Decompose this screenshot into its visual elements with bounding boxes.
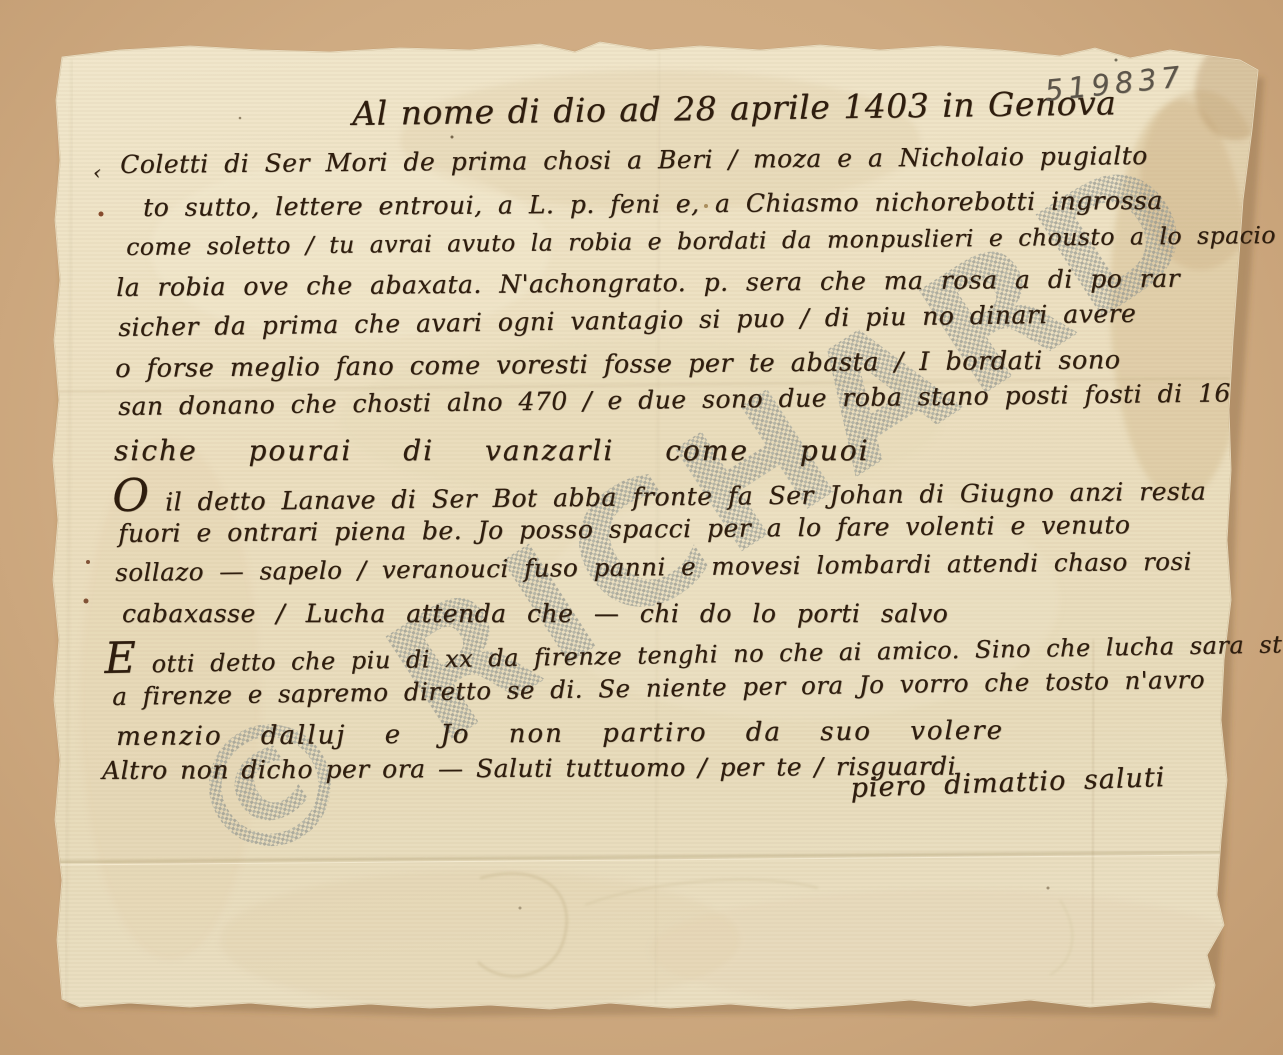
handwriting-line: O il detto Lanave di Ser Bot abba fronte… <box>112 465 1206 517</box>
handwriting-line: sollazo — sapelo / veranouci fuso panni … <box>115 547 1192 587</box>
handwriting-line: Coletti di Ser Mori de prima chosi a Ber… <box>120 141 1148 179</box>
handwriting-line: la robia ove che abaxata. N'achongrato. … <box>116 264 1180 302</box>
handwriting-line: menzio dalluj e Jo non partiro da suo vo… <box>116 716 1004 752</box>
handwriting-line: o forse meglio fano come voresti fosse p… <box>115 345 1121 384</box>
handwriting-layer: 519837 Al nome di dio ad 28 aprile 1403 … <box>0 0 1283 1055</box>
archival-number: 519837 <box>1043 59 1187 108</box>
handwriting-line: cabaxasse / Lucha attenda che — chi do l… <box>122 599 948 628</box>
handwriting-line: sicher da prima che avari ogni vantagio … <box>118 299 1136 342</box>
handwriting-line: Altro non dicho per ora — Saluti tuttuom… <box>102 752 956 785</box>
handwriting-line: to sutto, lettere entroui, a L. p. feni … <box>143 186 1163 222</box>
margin-mark: ‹ <box>93 160 102 184</box>
handwriting-line: fuori e ontrari piena be. Jo posso spacc… <box>118 510 1130 548</box>
document-scan: © RICHARD 519837 Al nome di dio ad 28 ap… <box>0 0 1283 1055</box>
handwriting-line: siche pourai di vanzarli come puoi <box>114 434 870 467</box>
heading-date-line: Al nome di dio ad 28 aprile 1403 in Geno… <box>352 83 1117 133</box>
handwriting-line: san donano che chosti alno 470 / e due s… <box>118 378 1231 421</box>
handwriting-line: come soletto / tu avrai avuto la robia e… <box>126 221 1276 261</box>
